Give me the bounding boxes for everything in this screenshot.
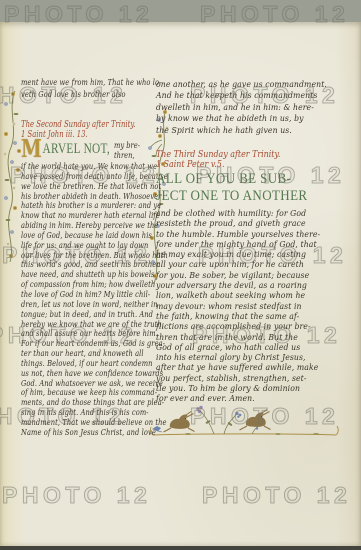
left-heading-text: ARVEL NOT, <box>43 141 111 158</box>
right-heading-line: JECT ONE TO ANOTHER <box>156 188 327 205</box>
text-line: may devour: whom resist stedfast in <box>156 302 327 312</box>
rubric-reference: 1 Saint Peter v.5. <box>156 160 327 170</box>
blue-flower-icon <box>235 412 241 418</box>
rubric-feast: The Second Sunday after Trinity. <box>21 120 158 130</box>
text-line: fore under the mighty hand of God, that <box>156 240 327 250</box>
right-column-body: and be clothed with humility: for Godres… <box>156 209 327 405</box>
right-column-continuation: one another, as he gave us commandment.A… <box>156 80 327 137</box>
text-line: for you. Be sober, be vigilant; because <box>156 271 327 281</box>
text-line: you perfect, stablish, strengthen, set- <box>156 374 327 384</box>
text-line: ment have we from him, That he who lo- <box>21 78 158 90</box>
hare-icon <box>240 410 271 431</box>
left-heading: M ARVEL NOT, my bre- thren, <box>21 141 158 161</box>
text-line: lion, walketh about seeking whom he <box>156 291 327 301</box>
text-line: resisteth the proud, and giveth grace <box>156 219 327 229</box>
text-line: dwelleth in him, and he in him: & here- <box>156 103 327 114</box>
text-line: for ever and ever. Amen. <box>156 394 327 404</box>
right-heading: ALL OF YOU BE SUB- JECT ONE TO ANOTHER <box>156 171 327 205</box>
text-line: into his eternal glory by Christ Jesus, <box>156 353 327 363</box>
left-column-continuation: ment have we from him, That he who lo-ve… <box>21 78 158 101</box>
text-line: and be clothed with humility: for God <box>156 209 327 219</box>
text-line: veth God love his brother also <box>21 90 158 102</box>
text-line: And he that keepeth his commandments <box>156 91 327 102</box>
right-rubric: The Third Sunday after Trinity. 1 Saint … <box>156 150 327 170</box>
left-column-body: if the world hate you. We know that weha… <box>21 163 158 439</box>
right-heading-line: ALL OF YOU BE SUB- <box>156 171 327 188</box>
left-heading-aside: my bre- thren, <box>114 141 140 161</box>
text-line: by know we that he abideth in us, by <box>156 114 327 125</box>
photo-bottom-edge <box>0 546 361 550</box>
text-line: Name of his Son Jesus Christ, and love <box>21 429 158 439</box>
text-line: after that ye have suffered awhile, make <box>156 363 327 373</box>
heading-aside-line: thren, <box>114 152 140 162</box>
illuminated-initial: M <box>21 140 42 158</box>
text-line: the faith, knowing that the same af- <box>156 312 327 322</box>
hare-icon <box>164 412 195 433</box>
text-line: the Spirit which he hath given us. <box>156 126 327 137</box>
text-line: flictions are accomplished in your bre- <box>156 322 327 332</box>
text-line: God of all grace, who hath called us <box>156 343 327 353</box>
manuscript-page: ment have we from him, That he who lo-ve… <box>0 22 361 546</box>
text-line: one another, as he gave us commandment. <box>156 80 327 91</box>
text-line: tle you. To him be glory & dominion <box>156 384 327 394</box>
text-line: your adversary the devil, as a roaring <box>156 281 327 291</box>
text-line: thren that are in the world. But the <box>156 333 327 343</box>
photo-frame: ment have we from him, That he who lo-ve… <box>0 0 361 550</box>
rubric-feast: The Third Sunday after Trinity. <box>156 150 327 160</box>
text-line: all your care upon him, for he careth <box>156 260 327 270</box>
hare-tailpiece-illustration <box>148 404 340 452</box>
text-line: to the humble. Humble yourselves there- <box>156 230 327 240</box>
text-line: he may exalt you in due time; casting <box>156 250 327 260</box>
